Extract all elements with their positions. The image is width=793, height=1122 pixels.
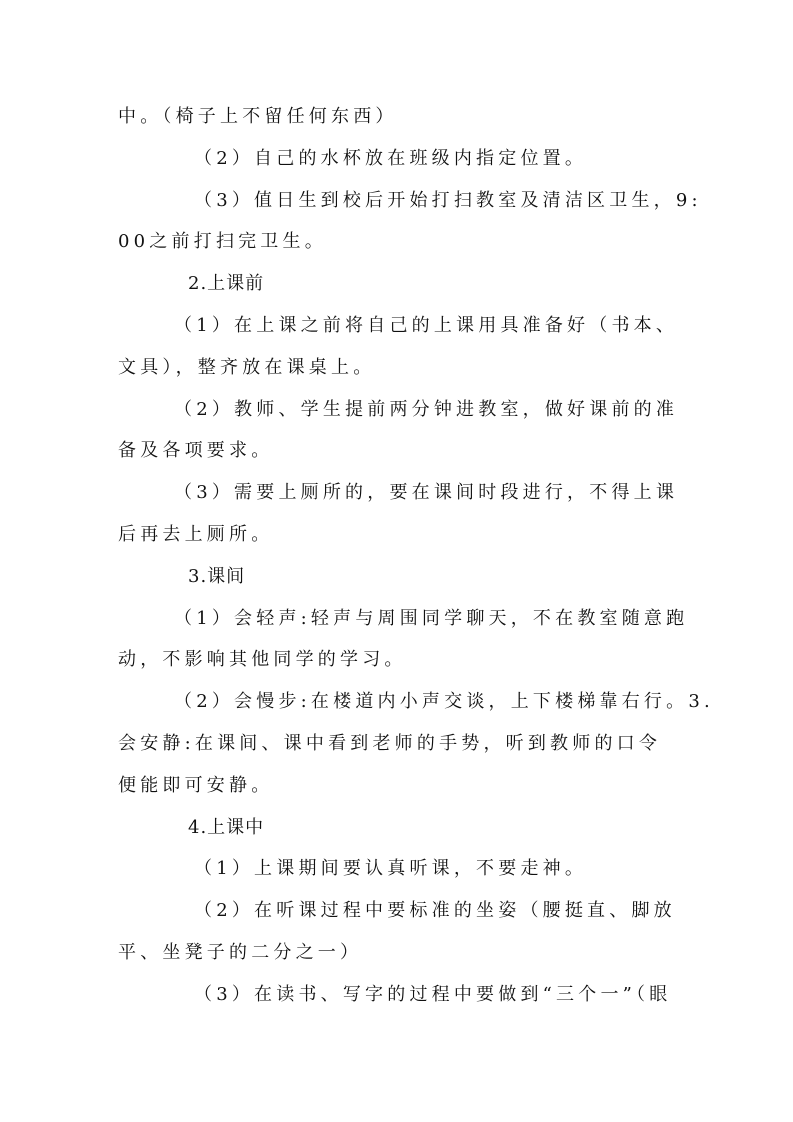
document-page: 中。（椅子上不留任何东西） （2）自己的水杯放在班级内指定位置。 （3）值日生到… [0,0,793,1122]
text-line: 后再去上厕所。 [118,514,678,556]
list-item-text: （1）在上课之前将自己的上课用具准备好（书本、 [118,305,678,347]
list-item-text: （1）会轻声:轻声与周围同学聊天，不在教室随意跑 [118,598,678,640]
list-item-text: （3）值日生到校后开始打扫教室及清洁区卫生，9: [118,180,678,222]
list-item-text: （3）需要上厕所的，要在课间时段进行，不得上课 [118,472,678,514]
list-item-text: （2）会慢步:在楼道内小声交谈，上下楼梯靠右行。3. [118,681,678,723]
list-item-text: （2）自己的水杯放在班级内指定位置。 [118,138,678,180]
section-heading: 4.上课中 [118,807,678,849]
text-line: 00之前打扫完卫生。 [118,221,678,263]
document-body: 中。（椅子上不留任何东西） （2）自己的水杯放在班级内指定位置。 （3）值日生到… [118,96,678,1016]
text-line: 便能即可安静。 [118,765,678,807]
list-item-text: （3）在读书、写字的过程中要做到“三个一”（眼 [118,974,678,1016]
text-line: 备及各项要求。 [118,430,678,472]
text-line: 会安静:在课间、课中看到老师的手势，听到教师的口令 [118,723,678,765]
text-line: 文具），整齐放在课桌上。 [118,347,678,389]
section-heading: 2.上课前 [118,263,678,305]
list-item-text: （2）在听课过程中要标准的坐姿（腰挺直、脚放 [118,890,678,932]
text-line: 动，不影响其他同学的学习。 [118,639,678,681]
text-line: 平、坐凳子的二分之一） [118,932,678,974]
list-item-text: （1）上课期间要认真听课，不要走神。 [118,848,678,890]
list-item-text: （2）教师、学生提前两分钟进教室，做好课前的准 [118,389,678,431]
text-line: 中。（椅子上不留任何东西） [118,96,678,138]
section-heading: 3.课间 [118,556,678,598]
